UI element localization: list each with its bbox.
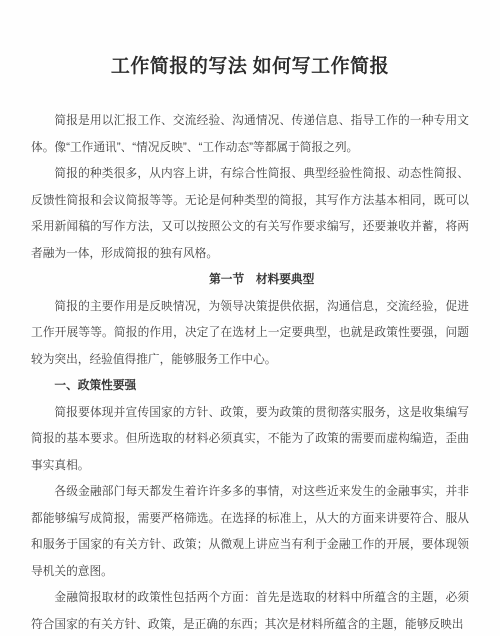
subsection-1-heading: 一、政策性要强 (31, 373, 469, 400)
document-page: 工作简报的写法 如何写工作简报 简报是用以汇报工作、交流经验、沟通情况、传递信息… (0, 0, 500, 636)
paragraph-types: 简报的种类很多，从内容上讲，有综合性简报、典型经验性简报、动态性简报、反馈性简报… (31, 161, 469, 267)
paragraph-policy-requirement: 简报要体现并宣传国家的方针、政策，要为政策的贯彻落实服务，这是收集编写简报的基本… (31, 400, 469, 480)
page-title: 工作简报的写法 如何写工作简报 (31, 53, 469, 81)
document-body: 简报是用以汇报工作、交流经验、沟通情况、传递信息、指导工作的一种专用文体。像“工… (31, 108, 469, 636)
paragraph-policy-aspects: 金融简报取材的政策性包括两个方面：首先是选取的材料中所蕴含的主题，必须符合国家的… (31, 585, 469, 636)
section-1-heading: 第一节 材料要典型 (31, 267, 469, 294)
paragraph-selection-criteria: 各级金融部门每天都发生着许许多多的事情，对这些近来发生的金融事实，并非都能够编写… (31, 479, 469, 585)
paragraph-main-function: 简报的主要作用是反映情况，为领导决策提供依据，沟通信息，交流经验，促进工作开展等… (31, 294, 469, 374)
paragraph-intro: 简报是用以汇报工作、交流经验、沟通情况、传递信息、指导工作的一种专用文体。像“工… (31, 108, 469, 161)
